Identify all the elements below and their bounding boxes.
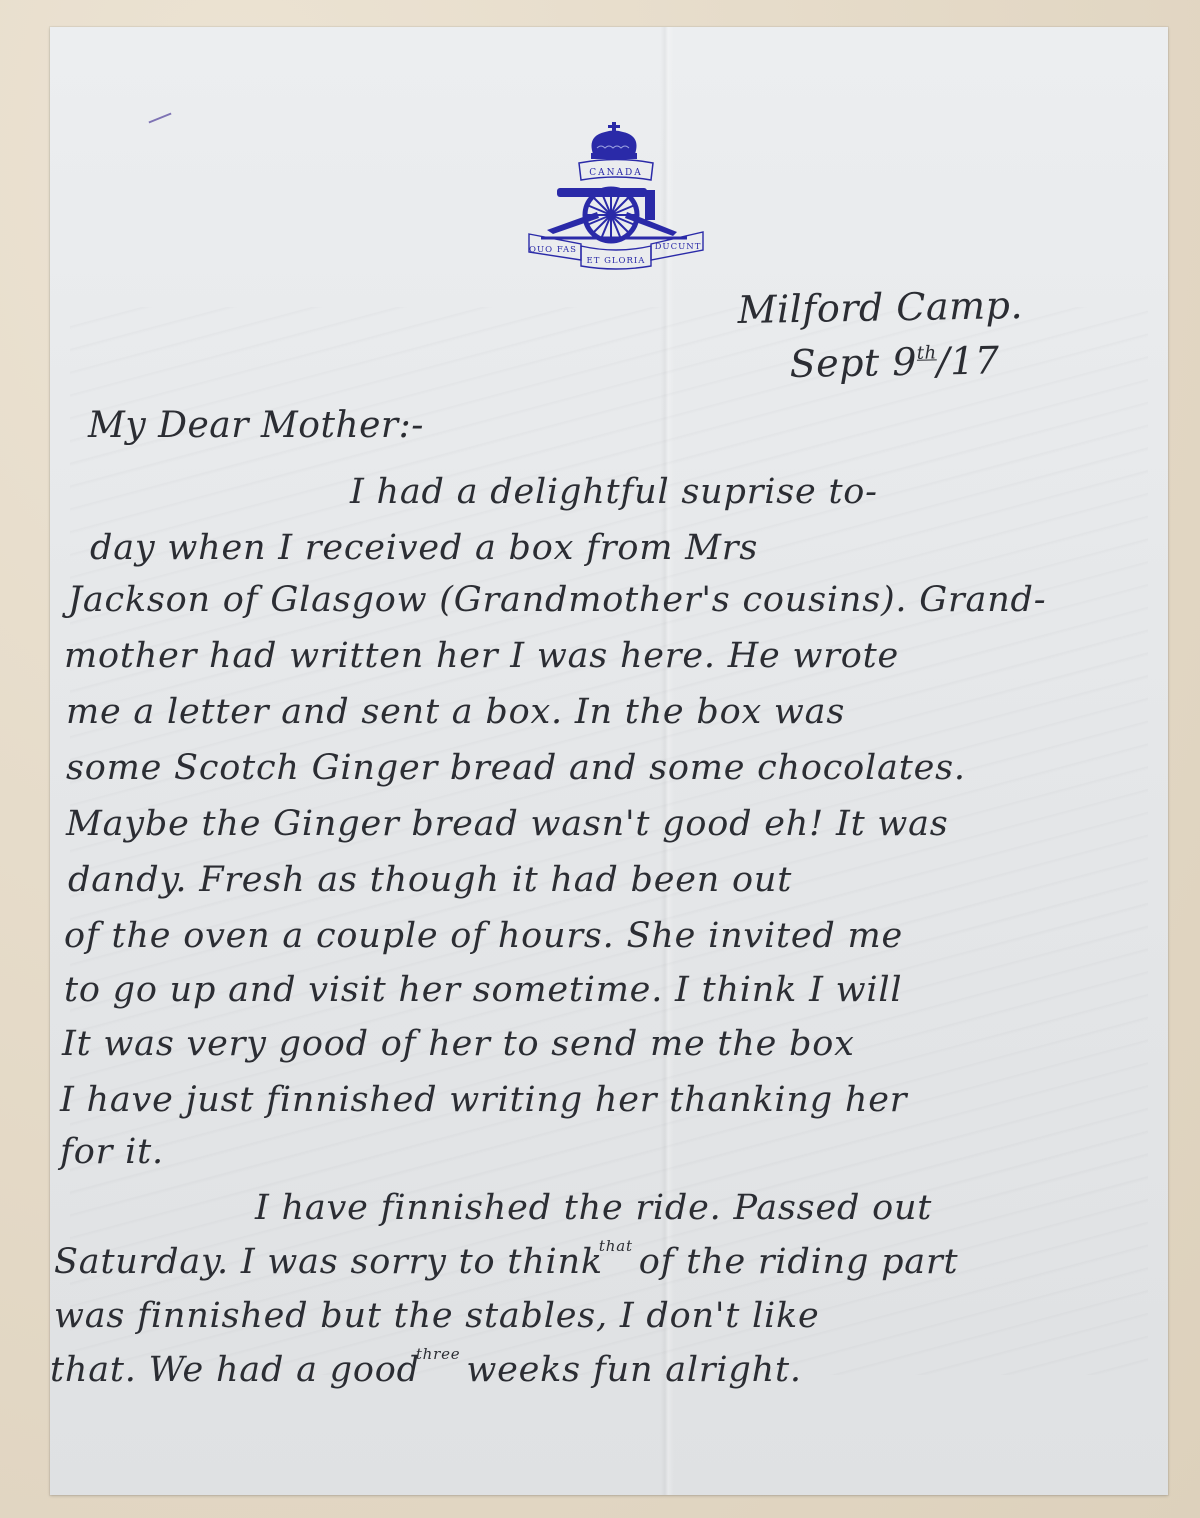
svg-text:ET GLORIA: ET GLORIA (587, 256, 646, 266)
line-text-rest: of the riding part (627, 1242, 959, 1282)
letter-line: I have just finnished writing her thanki… (60, 1080, 907, 1120)
crest-icon: CANADA QUO FAS ET GLORIA DUCUNT (527, 120, 705, 270)
letter-line: for it. (60, 1132, 164, 1172)
letter-line: that. We had a goodthree weeks fun alrig… (50, 1350, 802, 1390)
letter-line: It was very good of her to send me the b… (62, 1024, 855, 1064)
letter-line: me a letter and sent a box. In the box w… (66, 692, 845, 732)
letter-line: to go up and visit her sometime. I think… (64, 970, 902, 1010)
letter-line: some Scotch Ginger bread and some chocol… (66, 748, 966, 788)
letter-line: I had a delightful suprise to- (350, 472, 878, 512)
svg-text:CANADA: CANADA (589, 168, 642, 178)
salutation: My Dear Mother:- (88, 405, 424, 446)
letter-line: dandy. Fresh as though it had been out (68, 860, 792, 900)
letter-line: I have finnished the ride. Passed out (255, 1188, 932, 1228)
letter-place: Milford Camp. (737, 283, 1023, 332)
letter-line: of the oven a couple of hours. She invit… (64, 916, 903, 956)
line-text-rest: weeks fun alright. (454, 1350, 801, 1390)
date-ordinal: th (917, 342, 937, 363)
stray-ink-mark (148, 113, 171, 124)
letter-line: Maybe the Ginger bread wasn't good eh! I… (66, 804, 949, 844)
regimental-crest: CANADA QUO FAS ET GLORIA DUCUNT (527, 120, 705, 270)
interlinear-insertion: three (416, 1345, 461, 1363)
svg-text:DUCUNT: DUCUNT (655, 242, 702, 252)
crown-icon (591, 122, 637, 159)
line-text: Saturday. I was sorry to think (54, 1242, 603, 1282)
date-year: /17 (936, 338, 999, 383)
date-day: Sept 9 (789, 340, 917, 386)
line-text: that. We had a good (50, 1350, 420, 1390)
letter-line: mother had written her I was here. He wr… (64, 636, 899, 676)
letter-line: Saturday. I was sorry to thinkthat of th… (54, 1242, 958, 1282)
interlinear-insertion: that (599, 1237, 633, 1255)
letter-line: was finnished but the stables, I don't l… (54, 1296, 820, 1336)
letter-date: Sept 9th/17 (789, 338, 1000, 386)
letter-line: Jackson of Glasgow (Grandmother's cousin… (68, 580, 1046, 620)
svg-text:QUO FAS: QUO FAS (529, 245, 577, 255)
letter-line: day when I received a box from Mrs (90, 528, 758, 568)
